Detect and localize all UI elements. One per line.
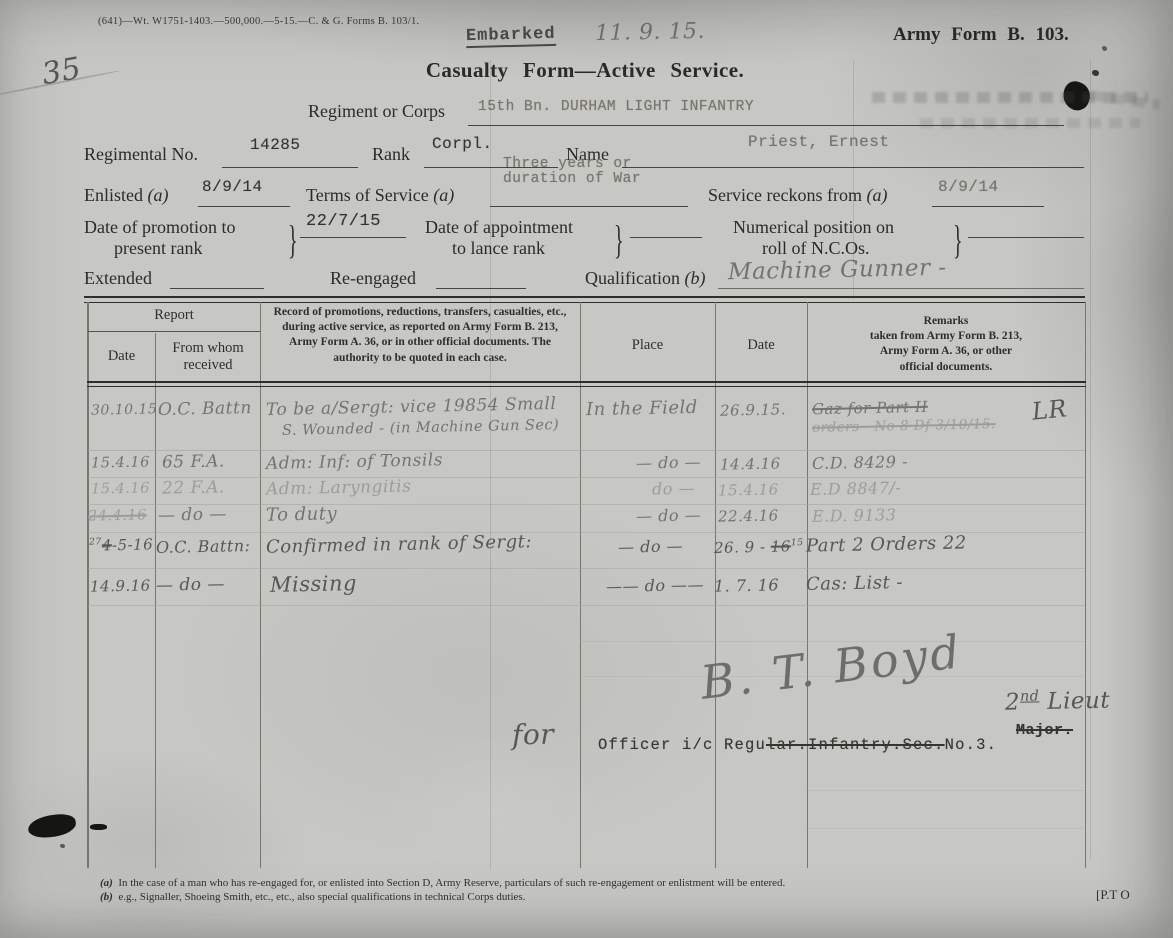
footnote-b-label: (b) (100, 891, 113, 903)
terms-underline (490, 206, 688, 207)
form-title: Casualty Form—Active Service. (350, 58, 820, 83)
appointment-label-line2: to lance rank (452, 238, 545, 259)
row4-from: — do — (158, 504, 227, 525)
reckons-value: 8/9/14 (938, 178, 999, 196)
table-header-remarks-title: Remarks (812, 314, 1080, 329)
fold-line (490, 60, 491, 870)
signature-rank-ordinal: nd (1020, 688, 1040, 704)
table-header-date2: Date (715, 337, 807, 354)
reckons-label: Service reckons from (a) (708, 185, 887, 206)
fold-line (853, 60, 854, 300)
promotion-brace: } (288, 220, 298, 260)
ink-speck (1092, 70, 1099, 76)
row5-date-struck: 4 (102, 536, 112, 554)
name-value: Priest, Ernest (748, 133, 889, 151)
table-header-from-whom: From whom received (157, 340, 259, 375)
row5-record: Confirmed in rank of Sergt: (266, 531, 532, 558)
signature-rank-word: Lieut (1047, 688, 1110, 715)
row2-date: 15.4.16 (91, 454, 150, 471)
row3-report-date: 15.4.16 (718, 480, 779, 499)
row1-date: 30.10.15. (91, 401, 163, 418)
row1-report-date: 26.9.15. (720, 400, 786, 419)
signature-for: for (512, 718, 555, 752)
reckons-label-text: Service reckons from (708, 185, 862, 205)
row5-remarks: Part 2 Orders 22 (806, 532, 967, 556)
terms-value-line1: Three years or (503, 156, 632, 172)
rank-value: Corpl. (432, 135, 493, 153)
row2-from: 65 F.A. (162, 451, 225, 472)
row6-date: 14.9.16 (90, 576, 151, 595)
row3-date: 15.4.16 (91, 480, 150, 497)
regiment-value: 15th Bn. DURHAM LIGHT INFANTRY (478, 99, 754, 115)
row6-remarks: Cas: List - (806, 572, 903, 595)
table-vline-record (580, 302, 581, 868)
row3-record: Adm: Laryngitis (266, 476, 412, 499)
row6-record: Missing (270, 571, 357, 597)
footnote-a: (a) In the case of a man who has re-enga… (100, 877, 785, 889)
promotion-underline (300, 237, 406, 238)
row-rule (807, 790, 1085, 791)
row4-record: To duty (266, 503, 338, 525)
form-number: Army Form B. 103. (893, 24, 1069, 46)
enlisted-value: 8/9/14 (202, 178, 263, 196)
extended-underline (170, 288, 264, 289)
signature-rank-struck: Major. (1016, 722, 1073, 739)
row2-report-date: 14.4.16 (720, 454, 781, 473)
regimental-no-value: 14285 (250, 136, 301, 154)
embarked-date-handwriting: 11. 9. 15. (595, 19, 705, 46)
row1-place: In the Field (586, 397, 698, 420)
table-header-bottom-rule (87, 381, 1086, 387)
officer-line-prefix: Officer i/c Regu (598, 736, 766, 754)
ink-speck (1102, 46, 1107, 51)
ink-blot-bottom-left (27, 813, 77, 840)
row5-report-date: 26. 9 - 1615 (714, 537, 804, 557)
footnote-a-label: (a) (100, 877, 113, 889)
reengaged-label: Re-engaged (330, 268, 416, 289)
row1-record-line2: S. Wounded - (in Machine Gun Sec) (282, 417, 560, 439)
footnote-b-text: e.g., Signaller, Shoeing Smith, etc., et… (118, 891, 525, 903)
table-header-remarks-sub3: official documents. (812, 360, 1080, 375)
row2-record: Adm: Inf: of Tonsils (266, 450, 443, 474)
extended-label: Extended (84, 268, 152, 289)
pto-mark: [P.T O (1096, 887, 1130, 903)
appointment-label-line1: Date of appointment (425, 217, 573, 238)
signature-name: B. T. Boyd (698, 624, 966, 710)
row3-from: 22 F.A. (162, 477, 225, 498)
enlisted-label-text: Enlisted (84, 185, 143, 205)
numerical-brace: } (953, 220, 963, 260)
terms-value-line2: duration of War (503, 171, 641, 187)
qualification-underline (718, 288, 1084, 289)
embarked-stamp: Embarked (466, 25, 556, 48)
numerical-label-line1: Numerical position on (733, 217, 894, 238)
table-vline-right (1085, 302, 1086, 868)
table-header-remarks-sub1: taken from Army Form B. 213, (812, 329, 1080, 344)
row-rule (88, 477, 1085, 478)
regiment-label: Regiment or Corps (308, 101, 445, 122)
table-vline-left (87, 302, 89, 868)
row2-place: — do — (636, 452, 701, 472)
ink-speck (60, 844, 65, 848)
qualification-label-text: Qualification (585, 268, 680, 288)
row5-report-date-pre: 26. 9 - (714, 538, 771, 557)
row5-place: — do — (618, 536, 683, 556)
row-rule (88, 605, 1085, 606)
appointment-underline (630, 237, 702, 238)
table-header-remarks-sub2: Army Form A. 36, or other (812, 344, 1080, 359)
rank-label: Rank (372, 144, 410, 165)
signature-rank: 2nd Lieut (1005, 687, 1111, 716)
row2-remarks: C.D. 8429 - (812, 452, 908, 473)
section-divider-rule (84, 296, 1085, 303)
terms-label: Terms of Service (a) (306, 185, 454, 206)
promotion-value: 22/7/15 (306, 212, 381, 231)
enlisted-label: Enlisted (a) (84, 185, 169, 206)
row5-report-date-correction: 15 (791, 537, 804, 548)
row6-place: —— do —— (606, 575, 704, 596)
table-header-report-underline (88, 331, 260, 332)
regimental-no-label: Regimental No. (84, 144, 198, 165)
row3-remarks: E.D 8847/- (810, 478, 902, 499)
row1-from: O.C. Battn (158, 398, 252, 420)
terms-note: (a) (433, 185, 454, 205)
footnote-b: (b) e.g., Signaller, Shoeing Smith, etc.… (100, 891, 525, 903)
row5-date-correction: 27 (89, 536, 102, 547)
reengaged-underline (436, 288, 526, 289)
row-rule (88, 450, 1085, 451)
officer-line-suffix: No.3. (945, 736, 998, 754)
row-rule (88, 504, 1085, 505)
enlisted-note: (a) (148, 185, 169, 205)
table-header-place: Place (580, 337, 715, 354)
row1-remarks-line2: orders - No 8 Df 3/10/15. (812, 416, 996, 436)
ink-dash-bottom-left (90, 824, 107, 830)
table-header-date: Date (88, 348, 155, 365)
qualification-value: Machine Gunner - (728, 255, 947, 286)
bleed-through-smudge (920, 118, 1140, 128)
row6-report-date: 1. 7. 16 (714, 575, 779, 595)
appointment-brace: } (614, 220, 624, 260)
terms-label-text: Terms of Service (306, 185, 429, 205)
fold-line (1090, 60, 1091, 860)
row4-remarks: E.D. 9133 (812, 505, 897, 526)
qualification-label: Qualification (b) (585, 268, 705, 289)
table-vline-fromwhom (260, 302, 261, 868)
casualty-form-scan: (641)—Wt. W1751-1403.—500,000.—5-15.—C. … (0, 0, 1173, 938)
footnote-a-text: In the case of a man who has re-engaged … (118, 877, 785, 889)
row3-place: do — (652, 479, 695, 499)
table-header-remarks: Remarks taken from Army Form B. 213, Arm… (812, 314, 1080, 375)
row4-place: — do — (636, 505, 701, 525)
row1-record-line1: To be a/Sergt: vice 19854 Small (266, 394, 557, 420)
row-rule (88, 568, 1085, 569)
row4-report-date: 22.4.16 (718, 506, 779, 525)
promotion-label-line2: present rank (114, 238, 202, 259)
reckons-underline (932, 206, 1044, 207)
row1-initials: LR (1031, 394, 1069, 426)
row-rule (807, 828, 1085, 829)
row4-date: 24.4.16 (88, 507, 147, 524)
promotion-label-line1: Date of promotion to (84, 217, 235, 238)
row5-report-date-struck: 16 (771, 537, 791, 555)
enlisted-underline (198, 206, 290, 207)
table-header-record: Record of promotions, reductions, transf… (268, 305, 572, 366)
row5-date: 274-5-16 (89, 535, 154, 554)
row5-from: O.C. Battn: (156, 536, 251, 557)
reckons-note: (a) (866, 185, 887, 205)
row5-date-rest: -5-16 (112, 535, 154, 554)
printer-code: (641)—Wt. W1751-1403.—500,000.—5-15.—C. … (98, 16, 419, 27)
row1-remarks-line1: Gaz for Part II (812, 398, 928, 418)
row6-from: — do — (156, 574, 225, 595)
numerical-underline (968, 237, 1084, 238)
qualification-note: (b) (684, 268, 705, 288)
table-header-report: Report (88, 307, 260, 324)
signature-rank-num: 2 (1005, 689, 1021, 715)
officer-line-struck: lar.Infantry.Sec. (766, 736, 945, 754)
regimental-no-underline (222, 167, 358, 168)
signature-officer-line: Officer i/c Regular.Infantry.Sec.No.3. (598, 736, 997, 754)
